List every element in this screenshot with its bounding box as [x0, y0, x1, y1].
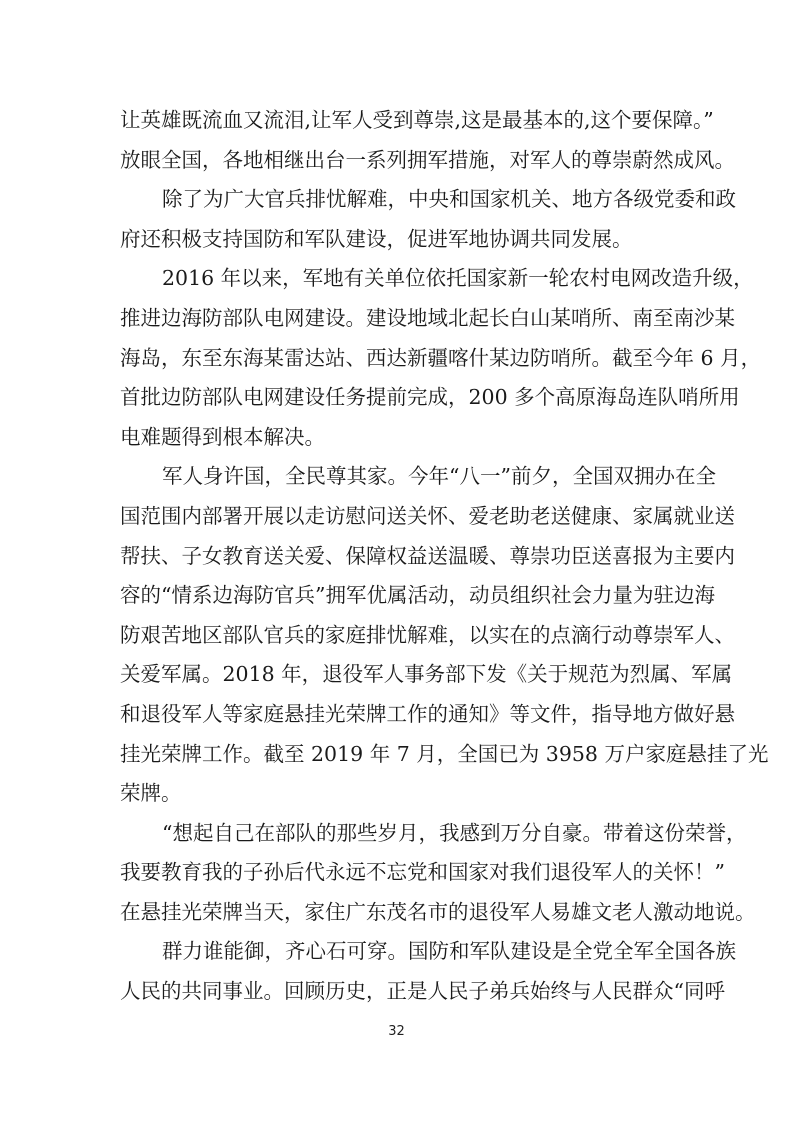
text-line: 关爱军属。2018 年，退役军人事务部下发《关于规范为烈属、军属	[120, 655, 673, 695]
document-page-body: 让英雄既流血又流泪,让军人受到尊崇,这是最基本的,这个要保障。” 放眼全国，各地…	[120, 101, 673, 1012]
text-line: 推进边海防部队电网建设。建设地域北起长白山某哨所、南至南沙某	[120, 299, 673, 339]
paragraph: 军人身许国，全民尊其家。今年“八一”前夕，全国双拥办在全 国范围内部署开展以走访…	[120, 457, 673, 813]
text-line: 府还积极支持国防和军队建设，促进军地协调共同发展。	[120, 220, 673, 260]
text-line: 帮扶、子女教育送关爱、保障权益送温暖、尊崇功臣送喜报为主要内	[120, 537, 673, 577]
text-line: 放眼全国，各地相继出台一系列拥军措施，对军人的尊崇蔚然成风。	[120, 141, 673, 181]
text-line: 军人身许国，全民尊其家。今年“八一”前夕，全国双拥办在全	[120, 457, 673, 497]
page-number: 32	[0, 1024, 793, 1039]
text-line: 群力谁能御，齐心石可穿。国防和军队建设是全党全军全国各族	[120, 932, 673, 972]
text-line: 荣牌。	[120, 774, 673, 814]
paragraph: 除了为广大官兵排忧解难，中央和国家机关、地方各级党委和政 府还积极支持国防和军队…	[120, 180, 673, 259]
text-line: 防艰苦地区部队官兵的家庭排忧解难，以实在的点滴行动尊崇军人、	[120, 616, 673, 656]
text-line: 首批边防部队电网建设任务提前完成，200 多个高原海岛连队哨所用	[120, 378, 673, 418]
text-line: 2016 年以来，军地有关单位依托国家新一轮农村电网改造升级，	[120, 259, 673, 299]
text-line: 我要教育我的子孙后代永远不忘党和国家对我们退役军人的关怀！”	[120, 853, 673, 893]
text-line: 挂光荣牌工作。截至 2019 年 7 月，全国已为 3958 万户家庭悬挂了光	[120, 735, 673, 775]
text-line: 电难题得到根本解决。	[120, 418, 673, 458]
paragraph: 群力谁能御，齐心石可穿。国防和军队建设是全党全军全国各族 人民的共同事业。回顾历…	[120, 932, 673, 1011]
paragraph: 2016 年以来，军地有关单位依托国家新一轮农村电网改造升级， 推进边海防部队电…	[120, 259, 673, 457]
text-line: 海岛，东至东海某雷达站、西达新疆喀什某边防哨所。截至今年 6 月，	[120, 339, 673, 379]
paragraph: 让英雄既流血又流泪,让军人受到尊崇,这是最基本的,这个要保障。” 放眼全国，各地…	[120, 101, 673, 180]
paragraph: “想起自己在部队的那些岁月，我感到万分自豪。带着这份荣誉， 我要教育我的子孙后代…	[120, 814, 673, 933]
text-line: 除了为广大官兵排忧解难，中央和国家机关、地方各级党委和政	[120, 180, 673, 220]
text-line: 容的“情系边海防官兵”拥军优属活动，动员组织社会力量为驻边海	[120, 576, 673, 616]
text-line: 在悬挂光荣牌当天，家住广东茂名市的退役军人易雄文老人激动地说。	[120, 893, 673, 933]
text-line: 国范围内部署开展以走访慰问送关怀、爱老助老送健康、家属就业送	[120, 497, 673, 537]
text-line: 和退役军人等家庭悬挂光荣牌工作的通知》等文件，指导地方做好悬	[120, 695, 673, 735]
text-line: “想起自己在部队的那些岁月，我感到万分自豪。带着这份荣誉，	[120, 814, 673, 854]
text-line: 让英雄既流血又流泪,让军人受到尊崇,这是最基本的,这个要保障。”	[120, 101, 673, 141]
text-line: 人民的共同事业。回顾历史，正是人民子弟兵始终与人民群众“同呼	[120, 972, 673, 1012]
